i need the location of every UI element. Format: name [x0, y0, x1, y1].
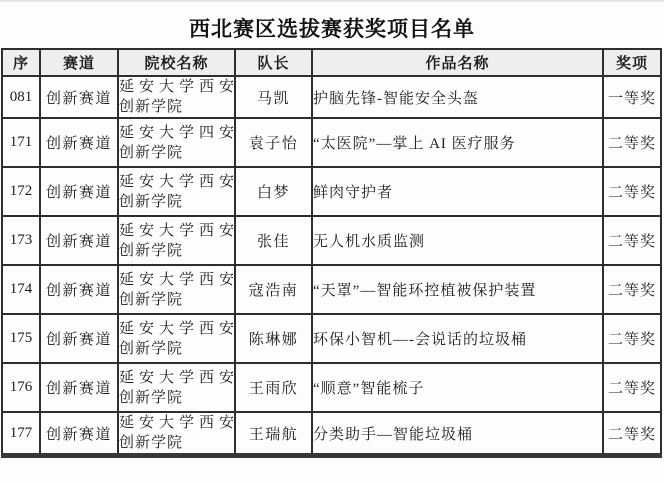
table-row: 173 创新赛道 延安大学西安 创新学院 张佳 无人机水质监测 二等奖	[2, 216, 661, 265]
cell-serial: 172	[2, 167, 40, 216]
award-table: 序 赛道 院校名称 队长 作品名称 奖项 081 创新赛道 延安大学西安 创新学…	[1, 48, 662, 458]
header-serial: 序	[2, 49, 40, 76]
cell-college: 延安大学西安 创新学院	[118, 412, 235, 456]
cell-serial: 175	[2, 314, 40, 363]
cell-track: 创新赛道	[40, 363, 118, 412]
college-line-2: 创新学院	[119, 339, 234, 359]
table-body: 081 创新赛道 延安大学西安 创新学院 马凯 护脑先锋-智能安全头盔 一等奖 …	[2, 76, 661, 456]
document-page: 西北赛区选拔赛获奖项目名单 序 赛道 院校名称 队长 作品名称 奖项 081 创…	[0, 0, 664, 483]
header-track: 赛道	[40, 49, 118, 76]
cell-award: 二等奖	[603, 118, 661, 167]
cell-track: 创新赛道	[40, 265, 118, 314]
cell-leader: 王瑞航	[235, 412, 312, 456]
college-line-2: 创新学院	[119, 388, 234, 408]
cell-work: “天罩”—智能环控植被保护装置	[312, 265, 603, 314]
college-line-2: 创新学院	[119, 97, 234, 117]
college-line-1: 延安大学西安	[119, 77, 234, 97]
cell-leader: 马凯	[235, 76, 312, 118]
page-title: 西北赛区选拔赛获奖项目名单	[0, 13, 664, 43]
cell-leader: 白梦	[235, 167, 312, 216]
table-row: 171 创新赛道 延安大学四安 创新学院 袁子怡 “太医院”—掌上 AI 医疗服…	[2, 118, 661, 167]
header-row: 序 赛道 院校名称 队长 作品名称 奖项	[2, 49, 661, 76]
college-line-2: 创新学院	[119, 290, 234, 310]
cell-college: 延安大学西安 创新学院	[118, 314, 235, 363]
cell-award: 二等奖	[603, 265, 661, 314]
cell-college: 延安大学西安 创新学院	[118, 265, 235, 314]
cell-serial: 081	[2, 76, 40, 118]
table-row: 177 创新赛道 延安大学西安 创新学院 王瑞航 分类助手—智能垃圾桶 二等奖	[2, 412, 661, 456]
cell-work: “太医院”—掌上 AI 医疗服务	[312, 118, 603, 167]
cell-leader: 张佳	[235, 216, 312, 265]
cell-leader: 袁子怡	[235, 118, 312, 167]
cell-track: 创新赛道	[40, 412, 118, 456]
header-leader: 队长	[235, 49, 312, 76]
cell-college: 延安大学西安 创新学院	[118, 167, 235, 216]
college-line-2: 创新学院	[119, 433, 234, 453]
table-row: 172 创新赛道 延安大学西安 创新学院 白梦 鲜肉守护者 二等奖	[2, 167, 661, 216]
college-line-1: 延安大学西安	[119, 319, 234, 339]
cell-college: 延安大学西安 创新学院	[118, 363, 235, 412]
cell-leader: 王雨欣	[235, 363, 312, 412]
top-divider	[0, 0, 664, 2]
cell-leader: 寇浩南	[235, 265, 312, 314]
college-line-1: 延安大学西安	[119, 368, 234, 388]
table-row: 081 创新赛道 延安大学西安 创新学院 马凯 护脑先锋-智能安全头盔 一等奖	[2, 76, 661, 118]
cell-work: 鲜肉守护者	[312, 167, 603, 216]
cell-college: 延安大学四安 创新学院	[118, 118, 235, 167]
cell-track: 创新赛道	[40, 118, 118, 167]
cell-leader: 陈琳娜	[235, 314, 312, 363]
cell-award: 二等奖	[603, 412, 661, 456]
cell-work: “顺意”智能梳子	[312, 363, 603, 412]
cell-award: 二等奖	[603, 216, 661, 265]
cell-serial: 176	[2, 363, 40, 412]
table-header: 序 赛道 院校名称 队长 作品名称 奖项	[2, 49, 661, 76]
college-line-1: 延安大学四安	[119, 123, 234, 143]
cell-award: 二等奖	[603, 167, 661, 216]
cell-work: 无人机水质监测	[312, 216, 603, 265]
table-row: 174 创新赛道 延安大学西安 创新学院 寇浩南 “天罩”—智能环控植被保护装置…	[2, 265, 661, 314]
college-line-2: 创新学院	[119, 143, 234, 163]
header-college: 院校名称	[118, 49, 235, 76]
cell-work: 分类助手—智能垃圾桶	[312, 412, 603, 456]
college-line-1: 延安大学西安	[119, 413, 234, 433]
cell-track: 创新赛道	[40, 76, 118, 118]
header-work: 作品名称	[312, 49, 603, 76]
college-line-1: 延安大学西安	[119, 221, 234, 241]
table-row: 175 创新赛道 延安大学西安 创新学院 陈琳娜 环保小智机—-会说话的垃圾桶 …	[2, 314, 661, 363]
cell-college: 延安大学西安 创新学院	[118, 216, 235, 265]
cell-track: 创新赛道	[40, 216, 118, 265]
cell-serial: 177	[2, 412, 40, 456]
college-line-1: 延安大学西安	[119, 270, 234, 290]
cell-serial: 174	[2, 265, 40, 314]
cell-track: 创新赛道	[40, 167, 118, 216]
college-line-1: 延安大学西安	[119, 172, 234, 192]
cell-track: 创新赛道	[40, 314, 118, 363]
cell-award: 二等奖	[603, 363, 661, 412]
cell-college: 延安大学西安 创新学院	[118, 76, 235, 118]
cell-serial: 171	[2, 118, 40, 167]
cell-work: 护脑先锋-智能安全头盔	[312, 76, 603, 118]
college-line-2: 创新学院	[119, 192, 234, 212]
cell-serial: 173	[2, 216, 40, 265]
header-award: 奖项	[603, 49, 661, 76]
cell-work: 环保小智机—-会说话的垃圾桶	[312, 314, 603, 363]
cell-award: 一等奖	[603, 76, 661, 118]
college-line-2: 创新学院	[119, 241, 234, 261]
cell-award: 二等奖	[603, 314, 661, 363]
table-row: 176 创新赛道 延安大学西安 创新学院 王雨欣 “顺意”智能梳子 二等奖	[2, 363, 661, 412]
